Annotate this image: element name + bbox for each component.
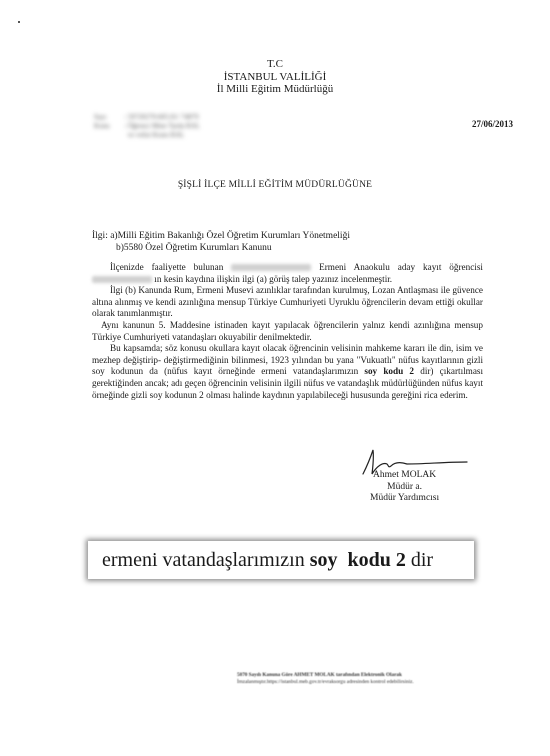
paragraph-2: İlgi (b) Kanunda Rum, Ermeni Musevi azın…	[92, 285, 483, 320]
e-signature-notice: 5070 Sayılı Kanuna Göre AHMET MOLAK tara…	[237, 672, 414, 686]
signer-title-1: Müdür a.	[370, 482, 439, 494]
excerpt-bold-kodu: kodu 2	[348, 549, 406, 572]
excerpt-bold-soy: soy	[310, 549, 338, 572]
sayi-value: : 59720279-605.01/ 74879	[124, 113, 198, 122]
paragraph-1: İlçenizde faaliyette bulunan Ermeni Anao…	[92, 262, 483, 285]
konu-label: Konu	[94, 122, 124, 131]
sayi-label: Sayı	[94, 113, 124, 122]
letter-body: İlçenizde faaliyette bulunan Ermeni Anao…	[92, 262, 483, 401]
excerpt-normal: ermeni vatandaşlarımızın	[102, 549, 305, 572]
letterhead-directorate: İl Milli Eğitim Müdürlüğü	[0, 83, 550, 96]
paragraph-3: Aynı kanunun 5. Maddesine istinaden kayı…	[92, 320, 483, 343]
letterhead-tc: T.C	[0, 58, 550, 71]
ilgi-b: b)5580 Özel Öğretim Kurumları Kanunu	[92, 242, 350, 254]
letterhead: T.C İSTANBUL VALİLİĞİ İl Milli Eğitim Mü…	[0, 58, 550, 96]
footer-line-2: İmzalanmıştır.https://istanbul.meb.gov.t…	[237, 679, 414, 686]
soy-kodu-bold: soy kodu 2	[364, 366, 414, 376]
redacted-school-name	[231, 264, 311, 271]
excerpt-end: dir	[411, 549, 433, 572]
addressee: ŞİŞLİ İLÇE MİLLİ EĞİTİM MÜDÜRLÜĞÜNE	[0, 180, 550, 190]
letterhead-governorship: İSTANBUL VALİLİĞİ	[0, 71, 550, 84]
document-date: 27/06/2013	[472, 119, 513, 129]
highlighted-excerpt: ermeni vatandaşlarımızın soy kodu 2 dir	[88, 541, 474, 579]
scan-speck	[18, 21, 20, 23]
konu-value-2: ve velisi Kratu RAL	[124, 131, 184, 140]
paragraph-4: Bu kapsamda; söz konusu okullara kayıt o…	[92, 343, 483, 401]
ilgi-label: İlgi:	[92, 231, 108, 241]
redacted-student-name	[92, 276, 152, 283]
ilgi-a: a)Milli Eğitim Bakanlığı Özel Öğretim Ku…	[110, 231, 350, 241]
signer-name: Ahmet MOLAK	[370, 470, 439, 482]
references: İlgi: a)Milli Eğitim Bakanlığı Özel Öğre…	[92, 230, 350, 254]
signer-title-2: Müdür Yardımcısı	[370, 493, 439, 505]
signatory: Ahmet MOLAK Müdür a. Müdür Yardımcısı	[370, 470, 439, 505]
document-meta-redacted: Sayı: 59720279-605.01/ 74879 Konu: Öğren…	[94, 113, 200, 140]
footer-line-1: 5070 Sayılı Kanuna Göre AHMET MOLAK tara…	[237, 672, 414, 679]
konu-value: : Öğrenci Mine Tarda RAL	[124, 122, 200, 131]
